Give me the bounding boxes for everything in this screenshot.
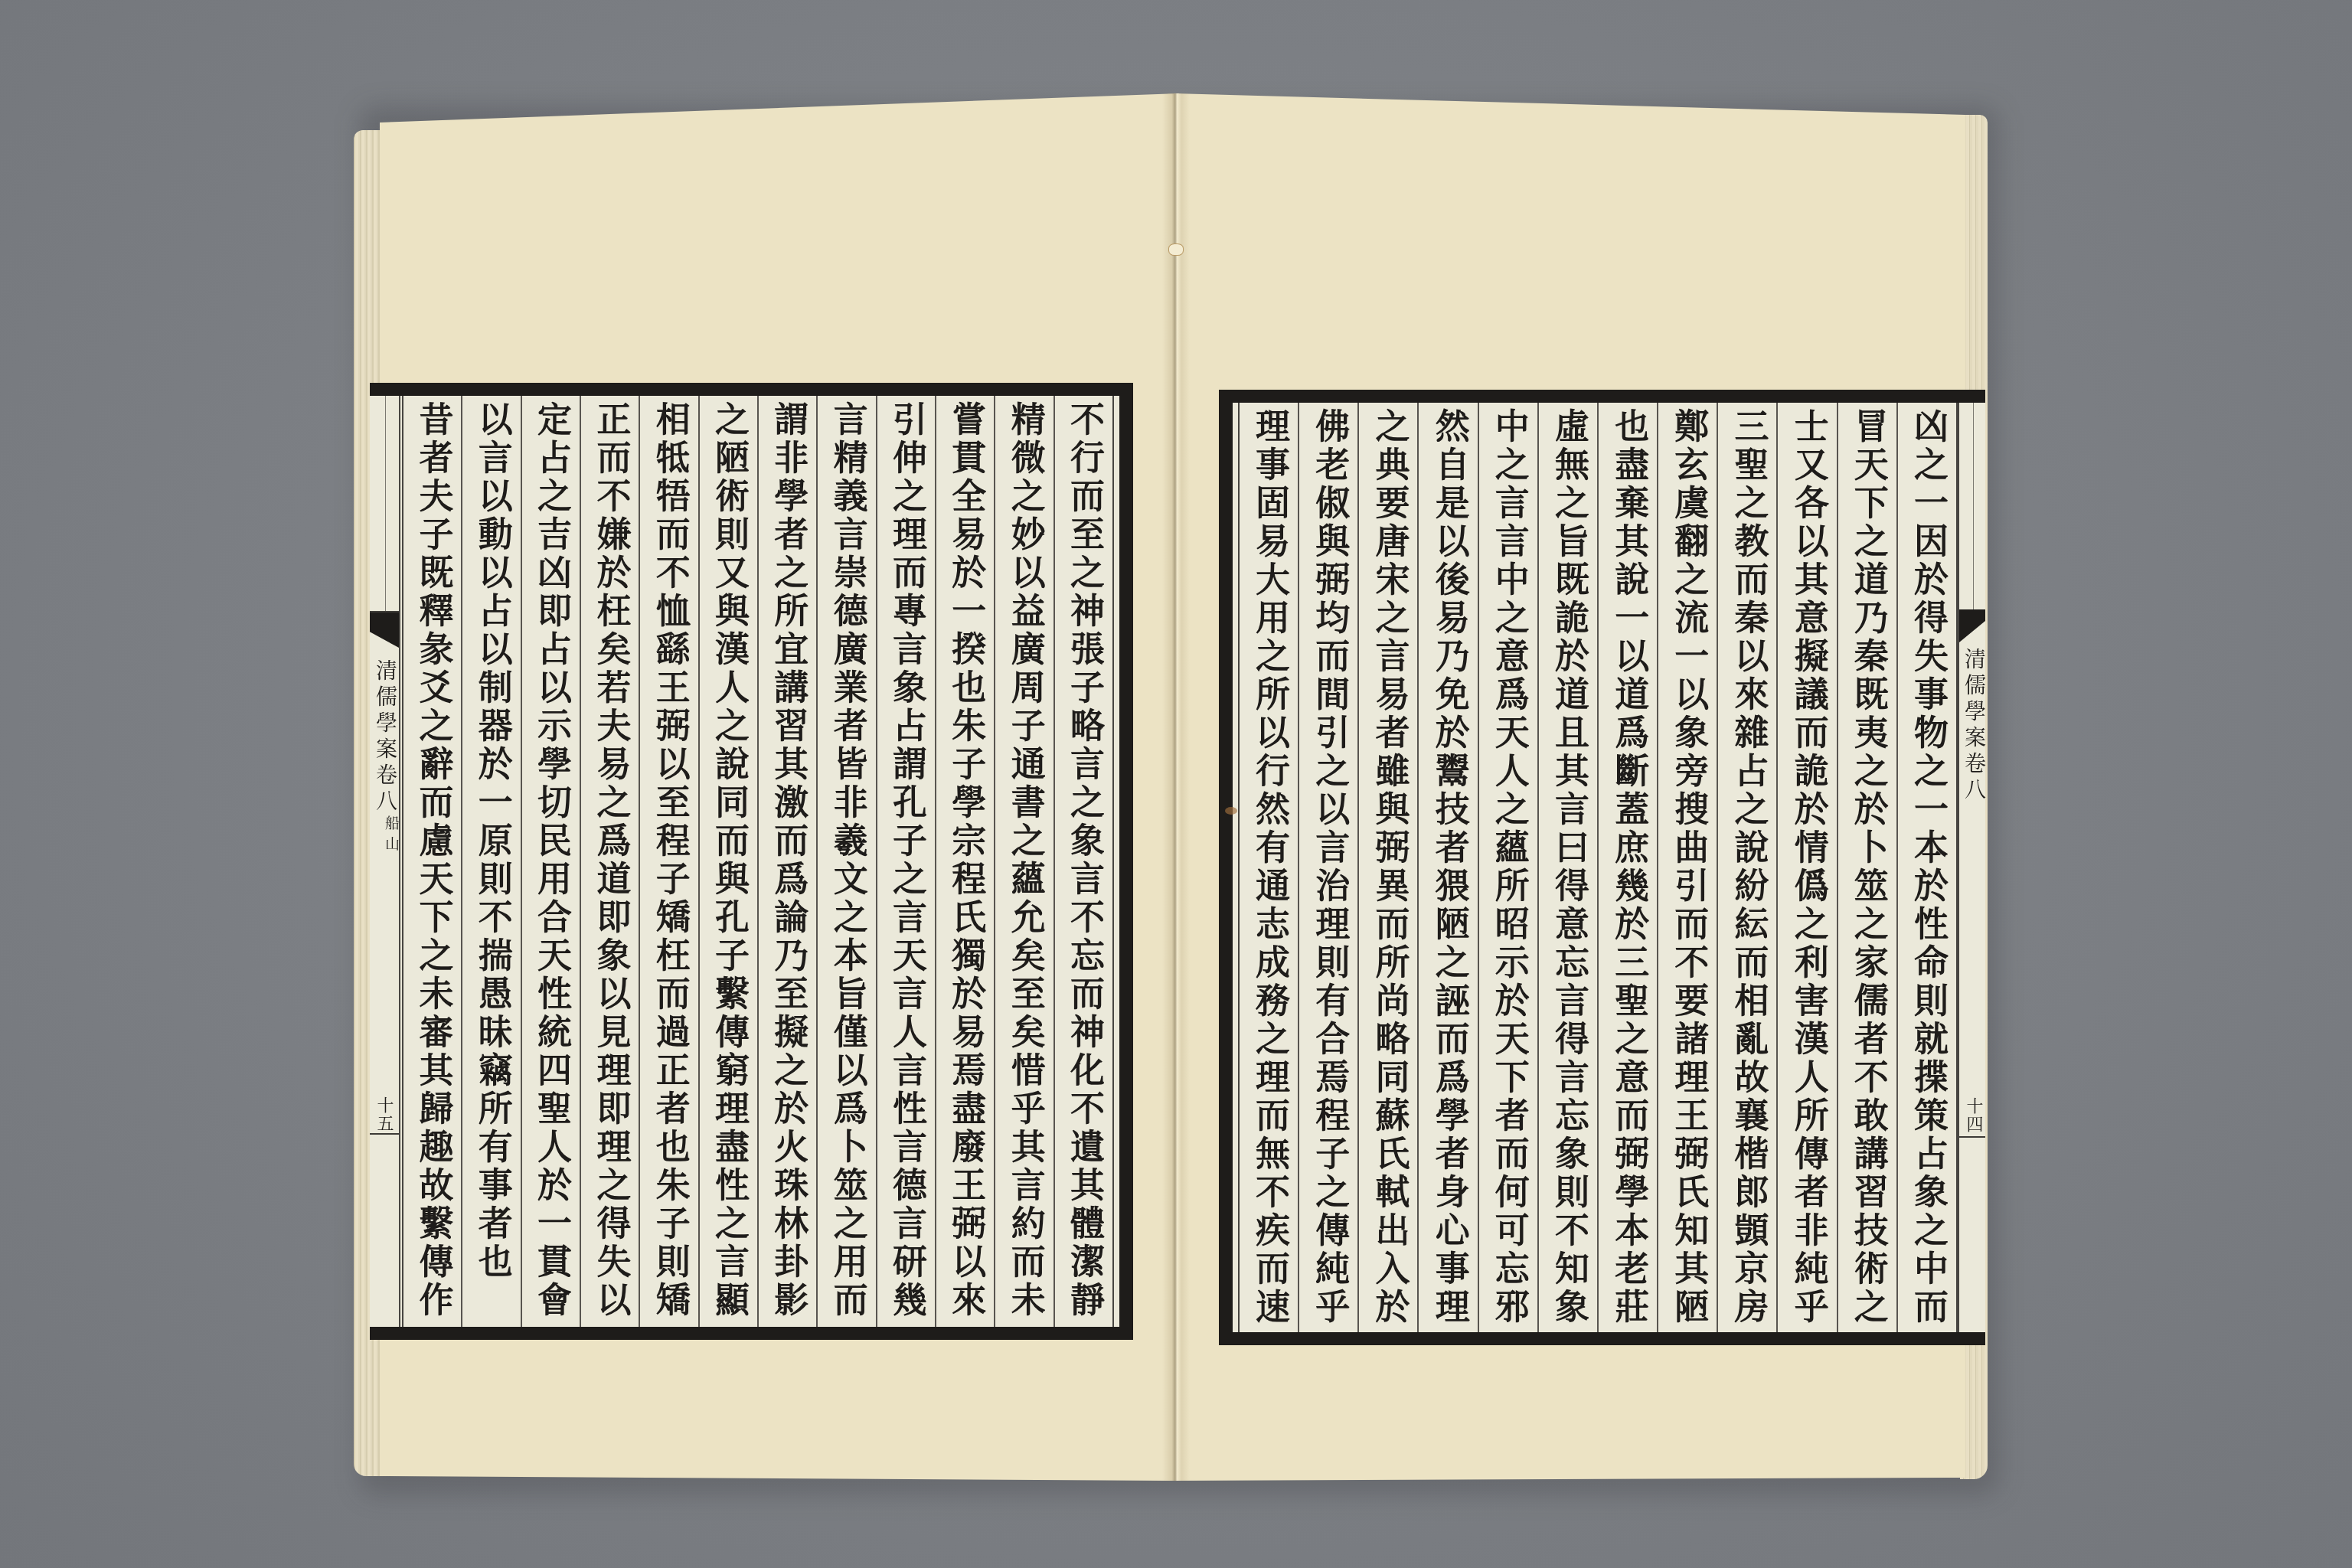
text-column: 佛老俶與弼均而間引之以言治理則有合焉程子之傳純乎 bbox=[1298, 403, 1357, 1332]
text-column: 以言以動以占以制器於一原則不揣愚昧竊所有事者也 bbox=[461, 396, 520, 1327]
text-column: 不行而至之神張子略言之象言不忘而神化不遺其體潔靜 bbox=[1053, 396, 1112, 1327]
text-column: 也盡棄其說一以道爲斷蓋庶幾於三聖之意而弼學本老莊 bbox=[1597, 403, 1657, 1332]
fold-margin-center-line bbox=[1973, 403, 1974, 609]
paper-stain bbox=[1225, 807, 1237, 815]
text-column: 凶之一因於得失事物之一本於性命則就揲策占象之中而 bbox=[1896, 403, 1956, 1332]
text-column: 定占之吉凶即占以示學切民用合天性統四聖人於一貫會 bbox=[521, 396, 580, 1327]
text-column: 三聖之教而秦以來雜占之說紛紜而相亂故襄楷郎顗京房 bbox=[1717, 403, 1776, 1332]
page-number: 十五 bbox=[370, 1096, 397, 1133]
fold-margin-rule bbox=[370, 611, 399, 612]
text-column: 之典要唐宋之言易者雖與弼異而所尚略同蘇氏軾出入於 bbox=[1357, 403, 1417, 1332]
text-column: 鄭玄虞翻之流一以象旁搜曲引而不要諸理王弼氏知其陋 bbox=[1657, 403, 1717, 1332]
fold-margin-subtitle: 船山 bbox=[383, 815, 400, 857]
left-page-text-columns: 不行而至之神張子略言之象言不忘而神化不遺其體潔靜 精微之妙以益廣周子通書之蘊允矣… bbox=[402, 396, 1114, 1327]
right-page-text-columns: 凶之一因於得失事物之一本於性命則就揲策占象之中而 冒天下之道乃秦既夷之於卜筮之家… bbox=[1238, 403, 1958, 1332]
text-column: 中之言言中之意爲天人之蘊所昭示於天下者而何可忘邪 bbox=[1478, 403, 1537, 1332]
text-column: 相牴牾而不恤繇王弼以至程子矯枉而過正者也朱子則矯 bbox=[639, 396, 697, 1327]
right-page-print-frame: 凶之一因於得失事物之一本於性命則就揲策占象之中而 冒天下之道乃秦既夷之於卜筮之家… bbox=[1219, 390, 1985, 1345]
text-column: 昔者夫子既釋彖爻之辭而慮天下之未審其歸趣故繫傳作 bbox=[403, 396, 461, 1327]
fold-margin-title: 清儒學案卷八 bbox=[371, 659, 400, 815]
paper-fragment bbox=[1168, 243, 1184, 256]
text-column: 正而不嫌於枉矣若夫易之爲道即象以見理即理之得失以 bbox=[580, 396, 639, 1327]
text-column: 引伸之理而專言象占謂孔子之言天言人言性言德言研幾 bbox=[876, 396, 935, 1327]
text-column: 冒天下之道乃秦既夷之於卜筮之家儒者不敢講習技術之 bbox=[1837, 403, 1896, 1332]
fold-margin-title: 清儒學案卷八 bbox=[1959, 648, 1988, 804]
book-photo-scene: 清儒學案卷八 船山 十五 不行而至之神張子略言之象言不忘而神化不遺其體潔靜 精微… bbox=[0, 0, 2352, 1568]
fold-margin-rule bbox=[1959, 1136, 1985, 1138]
right-page-fold-margin: 清儒學案卷八 十四 bbox=[1958, 403, 1985, 1332]
text-column: 言精義言崇德廣業者皆非羲文之本旨僅以爲卜筮之用而 bbox=[816, 396, 875, 1327]
text-column: 之陋術則又與漢人之說同而與孔子繫傳窮理盡性之言顯 bbox=[698, 396, 757, 1327]
fold-margin-center-line bbox=[385, 396, 386, 611]
left-page-print-frame: 清儒學案卷八 船山 十五 不行而至之神張子略言之象言不忘而神化不遺其體潔靜 精微… bbox=[370, 383, 1133, 1340]
text-column: 然自是以後易乃免於鬻技者猥陋之誣而爲學者身心事理 bbox=[1417, 403, 1477, 1332]
text-column: 理事固易大用之所以行然有通志成務之理而無不疾而速 bbox=[1240, 403, 1298, 1332]
page-number: 十四 bbox=[1959, 1097, 1987, 1134]
text-column: 嘗貫全易於一揆也朱子學宗程氏獨於易焉盡廢王弼以來 bbox=[935, 396, 994, 1327]
fishtail-mark-icon bbox=[370, 612, 399, 648]
text-column: 虛無之旨既詭於道且其言曰得意忘言得言忘象則不知象 bbox=[1537, 403, 1597, 1332]
fishtail-mark-icon bbox=[1959, 609, 1985, 642]
text-column: 士又各以其意擬議而詭於情僞之利害漢人所傳者非純乎 bbox=[1776, 403, 1836, 1332]
fold-margin-rule bbox=[370, 1133, 399, 1135]
text-column: 謂非學者之所宜講習其激而爲論乃至擬之於火珠林卦影 bbox=[757, 396, 816, 1327]
text-column: 精微之妙以益廣周子通書之蘊允矣至矣惜乎其言約而未 bbox=[994, 396, 1053, 1327]
binding-gutter bbox=[1162, 93, 1190, 1481]
left-page-fold-margin: 清儒學案卷八 船山 十五 bbox=[370, 396, 400, 1327]
